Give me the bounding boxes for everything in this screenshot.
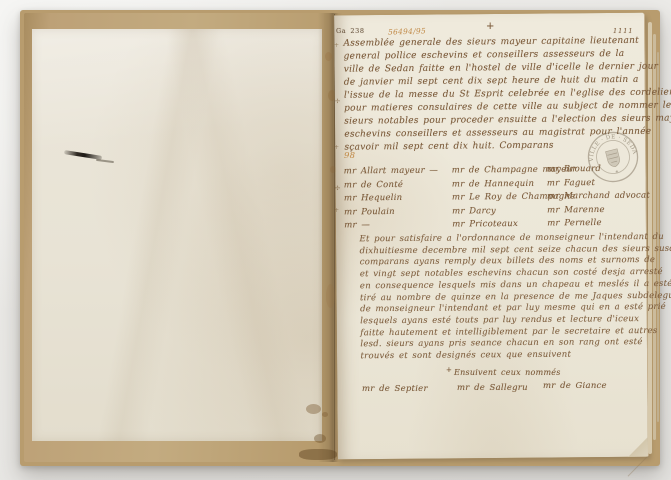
gutter-pen-mark: + [334,144,339,151]
attendee-name: mr Poulain [344,205,438,219]
corner-fold [628,437,648,457]
manuscript-scan: Ga 238 56494/95 + 1111 Assemblée general… [0,0,671,480]
shelfmark: Ga 238 [336,27,365,35]
left-blank-pastedown [32,29,322,441]
gutter-pen-mark: + [334,207,339,214]
gutter-pen-mark: + [334,42,339,49]
named-official: mr de Septier [362,384,428,394]
stamp-bottom-mark: ✶ [614,169,620,176]
manuscript-line: trouvés et sont designés ceux que ensuiv… [360,349,671,363]
named-official: mr de Sallegru [457,383,528,393]
inventory-mark: 56494/95 [388,26,426,36]
invocation-cross: + [486,21,495,32]
attendee-name: mr Marchand advocat [547,190,650,204]
subheading-cross: + [446,366,452,374]
attendee-name: mr Hequelin [344,192,438,206]
attendee-name: mr — [344,219,438,233]
named-official: mr de Giance [543,381,607,391]
glue-stain [306,404,321,414]
gutter-pen-mark: ✣ [335,185,340,192]
attendee-name: mr de Conté [344,178,438,192]
gutter-stain [326,284,335,308]
margin-number: 98 [344,151,355,161]
attendee-name: mr Allart mayeur — [344,165,438,179]
attendees-column-1: mr Allart mayeur — mr de Conté mr Hequel… [344,165,439,233]
gutter-pen-mark: ✢ [335,98,340,105]
paragraph-drawing-of-lots: Et pour satisfaire a l'ordonnance de mon… [359,232,671,363]
glue-stain [322,412,328,417]
glue-stain-band [299,449,337,460]
ensuivent-subheading: Ensuivent ceux nommés [454,368,561,377]
svg-text:✶: ✶ [614,169,620,176]
glue-stain [314,434,326,443]
stamp-coat-of-arms [605,149,621,168]
attendee-name: mr Marenne [547,203,650,217]
attendee-name: mr Pernelle [547,217,650,231]
folio-number: 1111 [613,27,634,35]
gutter-stain [325,52,332,61]
